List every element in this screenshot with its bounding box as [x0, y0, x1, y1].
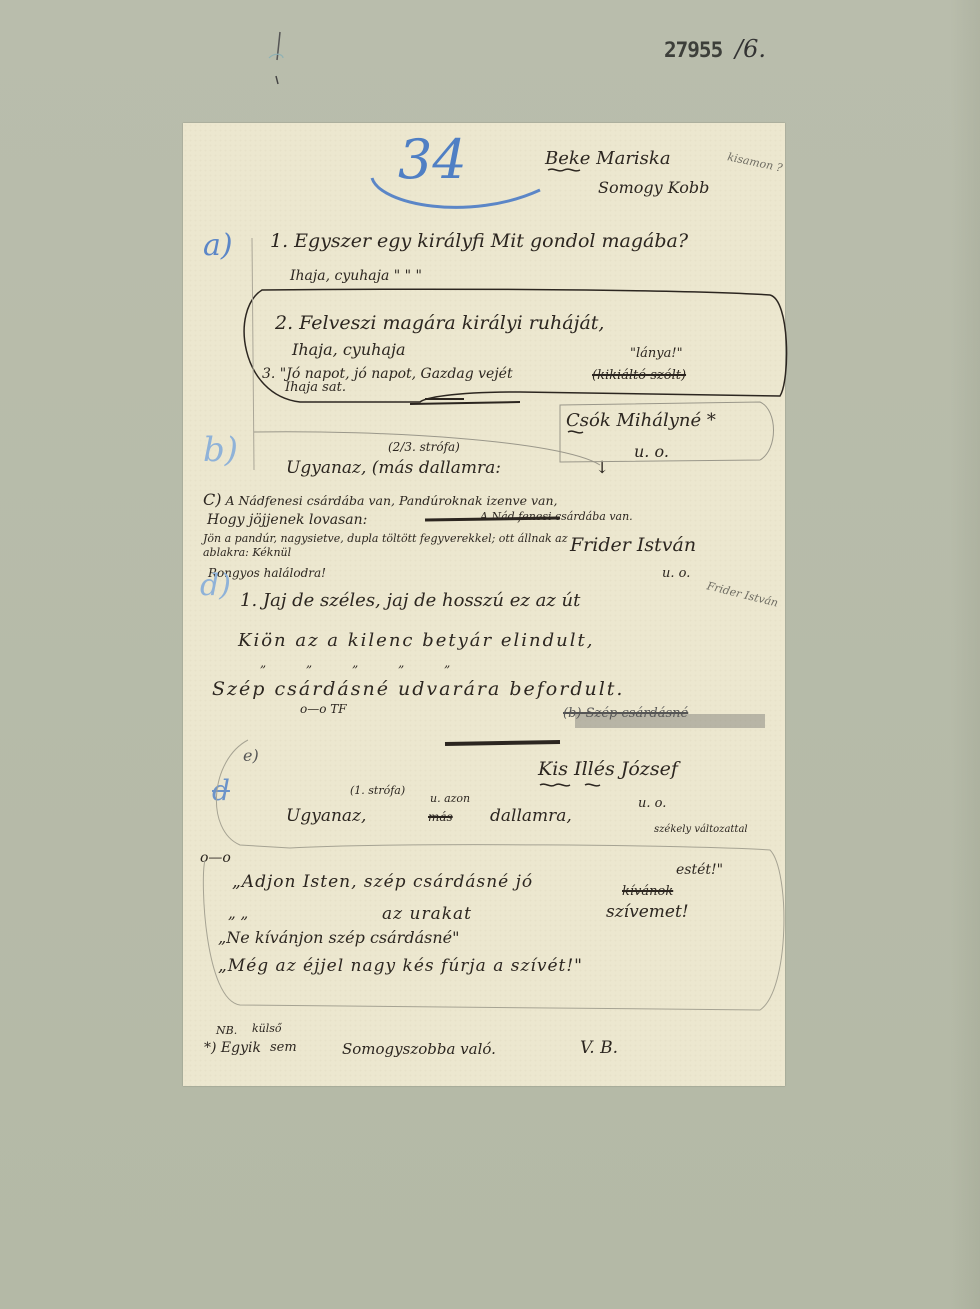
- section-b-line: Ugyanaz, (más dallamra:: [286, 458, 501, 478]
- section-e-variant-note: székely változattal: [654, 824, 748, 835]
- verse-line1-struck: kívánok: [622, 884, 673, 899]
- section-e-same-note: u. azon: [430, 792, 470, 805]
- section-c-attribution-name: Frider István: [570, 534, 696, 556]
- section-e-attribution-name: Kis Illés József: [538, 758, 678, 780]
- footnote-initials: V. B.: [580, 1038, 618, 1058]
- footnote-nb: NB.: [216, 1024, 237, 1037]
- section-d-line1: 1. Jaj de széles, jaj de hosszú ez az út: [240, 590, 580, 611]
- accession-number: 27955: [664, 38, 722, 62]
- section-e-symbol: o—o: [200, 850, 231, 866]
- verse-line2-ditto: „ „: [228, 904, 248, 922]
- section-c-text1: A Nádfenesi csárdába van, Pandúroknak iz…: [225, 493, 557, 508]
- section-e-strofa-note: (1. strófa): [350, 784, 405, 797]
- section-a-line2: 2. Felveszi magára királyi ruháját,: [275, 312, 604, 334]
- section-d-ditto: „ „ „ „ „: [260, 656, 468, 670]
- section-c-line1: C) A Nádfenesi csárdába van, Pandúroknak…: [203, 490, 558, 509]
- section-e-marker: e): [243, 746, 259, 765]
- verse-line2-end: szívemet!: [606, 902, 689, 922]
- section-b-marker: b): [203, 430, 238, 470]
- pencil-mark: [265, 30, 295, 90]
- footnote-inserted-word: külső: [252, 1022, 282, 1035]
- verse-line4: „Még az éjjel nagy kés fúrja a szívét!": [218, 956, 583, 976]
- section-d-line2: Kiön az a kilenc betyár elindult,: [238, 630, 594, 651]
- accession-suffix: /6.: [735, 35, 766, 63]
- mount-shadow: [950, 0, 980, 1309]
- header-name: Beke Mariska: [545, 148, 671, 169]
- section-e-line-end: dallamra,: [490, 806, 572, 826]
- verse-line2: az urakat: [382, 904, 472, 924]
- section-c-line2: Hogy jöjjenek lovasan:: [207, 512, 367, 528]
- section-a-line3-insert: "lánya!": [630, 346, 683, 361]
- section-e-line-start: Ugyanaz,: [286, 806, 366, 826]
- footnote-prefix: *) Egyik: [204, 1040, 261, 1056]
- section-d-struck-note: (b) Szép csárdásné: [563, 706, 688, 721]
- section-a-line2-refrain: Ihaja, cyuhaja: [292, 340, 405, 359]
- section-a-line3-struck: (kikiáltó szólt): [592, 368, 686, 383]
- header-place: Somogy Kobb: [598, 178, 709, 197]
- section-e-struck-word: más: [428, 810, 453, 824]
- verse-line1-insert: estét!": [676, 862, 723, 878]
- section-a-line1: 1. Egyszer egy királyfi Mit gondol magáb…: [270, 230, 688, 252]
- section-d-line3: Szép csárdásné udvarára befordult.: [212, 678, 624, 700]
- footnote-struck-word: sem: [270, 1040, 297, 1055]
- section-a-line3-refrain: Ihaja sat.: [285, 380, 346, 395]
- section-c-marker: C): [203, 490, 221, 509]
- verse-line1: „Adjon Isten, szép csárdásné jó: [232, 872, 533, 892]
- section-a-line1-refrain: Ihaja, cyuhaja " " ": [290, 268, 422, 284]
- section-b-arrow: ↓: [595, 458, 609, 478]
- footnote-rest: Somogyszobba való.: [342, 1040, 496, 1058]
- verse-line3: „Ne kívánjon szép csárdásné": [218, 928, 459, 947]
- section-c-attribution-place: u. o.: [662, 566, 690, 581]
- section-c-line1-alt: A Nád fenesi csárdába van.: [480, 510, 633, 523]
- section-e-attribution-place: u. o.: [638, 796, 666, 811]
- section-a-attribution-name: Csók Mihályné *: [566, 410, 716, 431]
- page-number: 34: [398, 128, 467, 191]
- section-c-line3: Jön a pandúr, nagysietve, dupla töltött …: [203, 532, 573, 560]
- section-d-marker: d): [200, 568, 231, 603]
- section-e-struck-marker: d: [212, 774, 230, 807]
- section-a-struck-fragment: ———: [425, 392, 464, 407]
- section-b-strofa-note: (2/3. strófa): [388, 440, 460, 454]
- section-a-attribution-place: u. o.: [634, 442, 669, 461]
- section-a-marker: a): [203, 228, 233, 263]
- section-d-symbol: o—o TF: [300, 702, 347, 716]
